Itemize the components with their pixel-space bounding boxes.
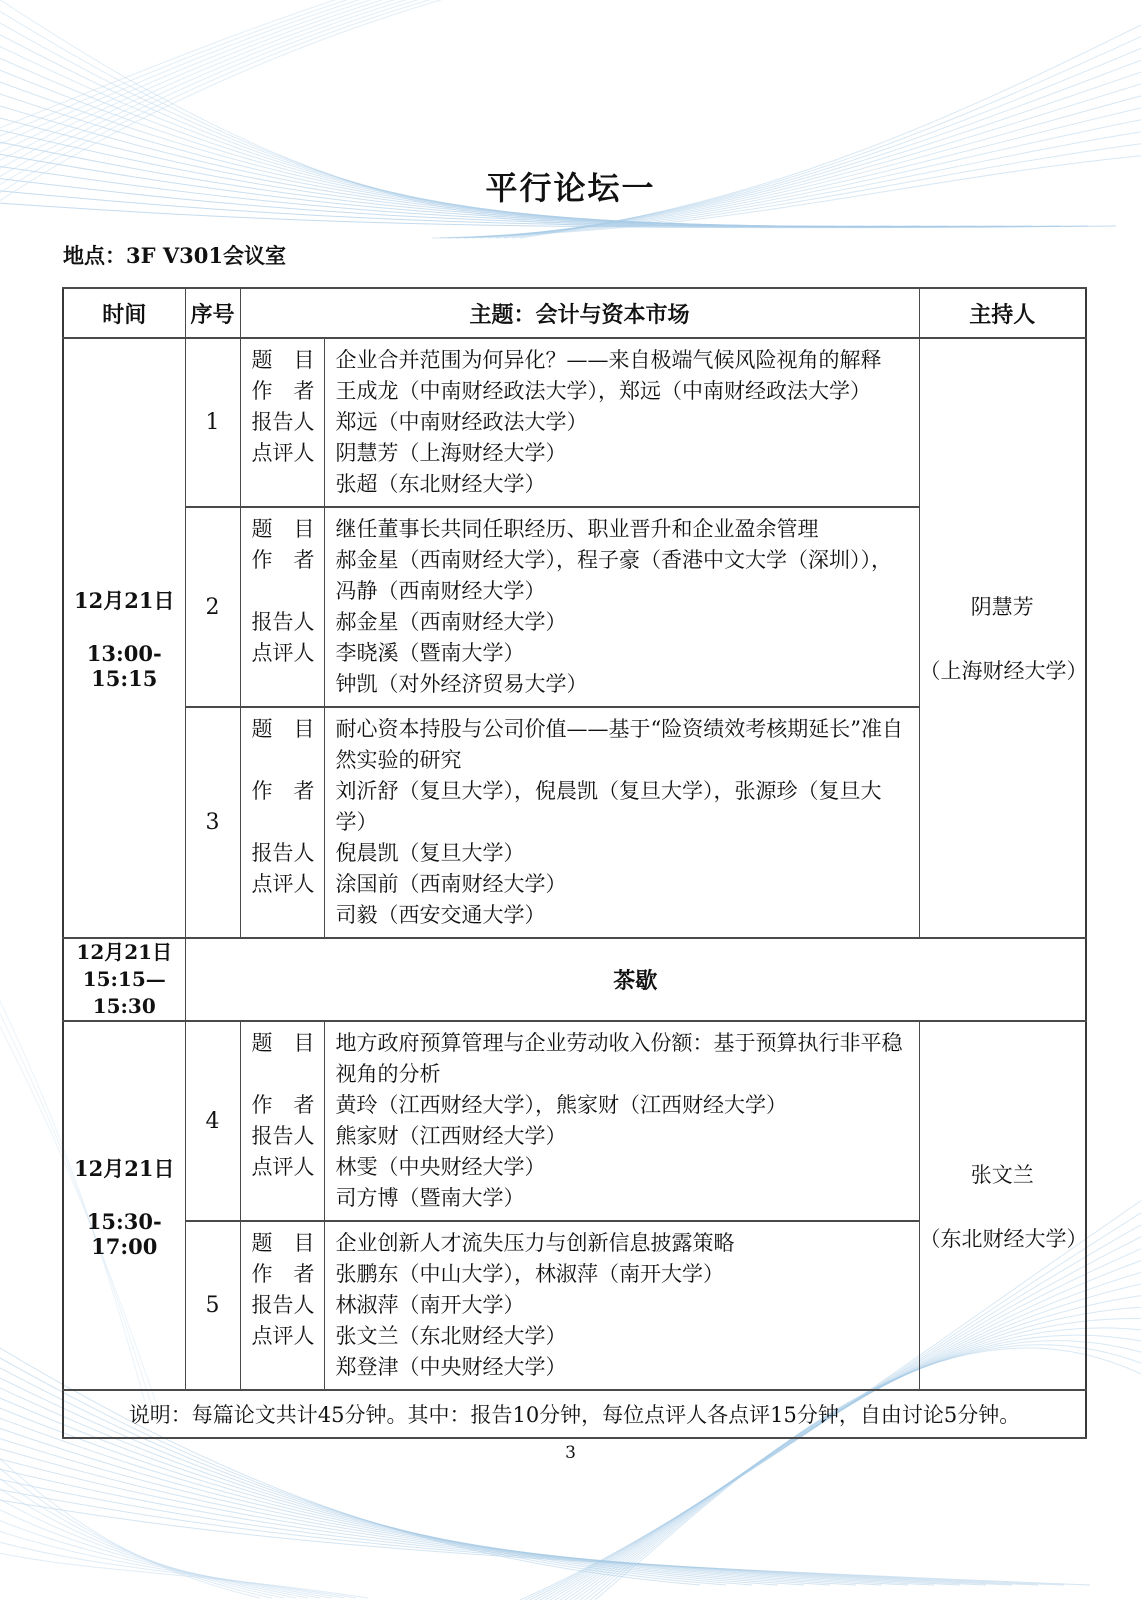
paper-field-row: 报告人 郑远（中南财经政法大学） xyxy=(241,407,919,438)
field-value: 李晓溪（暨南大学） xyxy=(324,638,919,669)
paper-field-row: 钟凯（对外经济贸易大学） xyxy=(241,669,919,700)
paper-cell: 题 目 企业合并范围为何异化？——来自极端气候风险视角的解释 作 者 王成龙（中… xyxy=(240,338,919,507)
host-name: 张文兰 xyxy=(920,1159,1086,1189)
paper-cell: 题 目 继任董事长共同任职经历、职业晋升和企业盈余管理 作 者 郝金星（西南财经… xyxy=(240,507,919,707)
field-value: 地方政府预算管理与企业劳动收入份额：基于预算执行非平稳视角的分析 xyxy=(324,1028,919,1090)
paper-field-row: 点评人 涂国前（西南财经大学） xyxy=(241,869,919,900)
header-no: 序号 xyxy=(185,288,240,338)
paper-field-row: 题 目 地方政府预算管理与企业劳动收入份额：基于预算执行非平稳视角的分析 xyxy=(241,1028,919,1090)
field-value: 王成龙（中南财经政法大学），郑远（中南财经政法大学） xyxy=(324,376,919,407)
field-value: 涂国前（西南财经大学） xyxy=(324,869,919,900)
field-label: 点评人 xyxy=(241,1321,324,1352)
field-value: 林淑萍（南开大学） xyxy=(324,1290,919,1321)
field-value: 企业合并范围为何异化？——来自极端气候风险视角的解释 xyxy=(324,345,919,376)
paper-field-row: 张超（东北财经大学） xyxy=(241,469,919,500)
field-value: 司方博（暨南大学） xyxy=(324,1183,919,1214)
page-title: 平行论坛一 xyxy=(0,163,1141,209)
field-value: 张文兰（东北财经大学） xyxy=(324,1321,919,1352)
session-number: 3 xyxy=(185,707,240,938)
field-value: 林雯（中央财经大学） xyxy=(324,1152,919,1183)
field-label: 报告人 xyxy=(241,407,324,438)
paper-cell: 题 目 企业创新人才流失压力与创新信息披露策略 作 者 张鹏东（中山大学），林淑… xyxy=(240,1221,919,1390)
session-number: 4 xyxy=(185,1021,240,1221)
field-label: 报告人 xyxy=(241,1121,324,1152)
session-number: 5 xyxy=(185,1221,240,1390)
field-value: 司毅（西安交通大学） xyxy=(324,900,919,931)
header-host: 主持人 xyxy=(919,288,1086,338)
field-label: 作 者 xyxy=(241,376,324,407)
field-value: 阴慧芳（上海财经大学） xyxy=(324,438,919,469)
location-label: 地点：3F V301会议室 xyxy=(63,240,286,270)
paper-field-row: 题 目 继任董事长共同任职经历、职业晋升和企业盈余管理 xyxy=(241,514,919,545)
field-label: 作 者 xyxy=(241,545,324,607)
paper-field-row: 点评人 阴慧芳（上海财经大学） xyxy=(241,438,919,469)
paper-field-row: 报告人 倪晨凯（复旦大学） xyxy=(241,838,919,869)
field-label: 题 目 xyxy=(241,345,324,376)
paper-field-row: 郑登津（中央财经大学） xyxy=(241,1352,919,1383)
label-divider xyxy=(324,706,325,939)
session-number: 2 xyxy=(185,507,240,707)
page-number: 3 xyxy=(0,1443,1141,1463)
field-value: 倪晨凯（复旦大学） xyxy=(324,838,919,869)
paper-field-row: 作 者 张鹏东（中山大学），林淑萍（南开大学） xyxy=(241,1259,919,1290)
paper-field-row: 题 目 企业合并范围为何异化？——来自极端气候风险视角的解释 xyxy=(241,345,919,376)
field-value: 继任董事长共同任职经历、职业晋升和企业盈余管理 xyxy=(324,514,919,545)
paper-field-row: 点评人 张文兰（东北财经大学） xyxy=(241,1321,919,1352)
session-row: 12月21日 15:30-17:00 4 题 目 地方政府预算管理与企业劳动收入… xyxy=(63,1021,1086,1221)
time-range: 13:00-15:15 xyxy=(64,641,185,691)
paper-field-row: 报告人 郝金星（西南财经大学） xyxy=(241,607,919,638)
header-theme: 主题：会计与资本市场 xyxy=(240,288,919,338)
paper-field-row: 点评人 李晓溪（暨南大学） xyxy=(241,638,919,669)
host-cell-block1: 阴慧芳 （上海财经大学） xyxy=(919,338,1086,938)
field-value: 郑登津（中央财经大学） xyxy=(324,1352,919,1383)
tea-break-label: 茶歇 xyxy=(185,938,1086,1021)
tea-break-row: 12月21日 15:15—15:30 茶歇 xyxy=(63,938,1086,1021)
field-label: 点评人 xyxy=(241,638,324,669)
time-cell-block1: 12月21日 13:00-15:15 xyxy=(63,338,185,938)
field-value: 刘沂舒（复旦大学），倪晨凯（复旦大学），张源珍（复旦大学） xyxy=(324,776,919,838)
header-row: 时间 序号 主题：会计与资本市场 主持人 xyxy=(63,288,1086,338)
host-cell-block2: 张文兰 （东北财经大学） xyxy=(919,1021,1086,1390)
field-value: 耐心资本持股与公司价值——基于“险资绩效考核期延长”准自然实验的研究 xyxy=(324,714,919,776)
field-value: 郝金星（西南财经大学），程子豪（香港中文大学（深圳）），冯静（西南财经大学） xyxy=(324,545,919,607)
field-label xyxy=(241,669,324,700)
field-label: 作 者 xyxy=(241,1259,324,1290)
paper-field-row: 作 者 王成龙（中南财经政法大学），郑远（中南财经政法大学） xyxy=(241,376,919,407)
field-value: 黄玲（江西财经大学），熊家财（江西财经大学） xyxy=(324,1090,919,1121)
paper-field-row: 作 者 黄玲（江西财经大学），熊家财（江西财经大学） xyxy=(241,1090,919,1121)
field-label: 点评人 xyxy=(241,869,324,900)
field-label: 题 目 xyxy=(241,1028,324,1090)
note-row: 说明：每篇论文共计45分钟。其中：报告10分钟，每位点评人各点评15分钟，自由讨… xyxy=(63,1390,1086,1438)
paper-cell: 题 目 地方政府预算管理与企业劳动收入份额：基于预算执行非平稳视角的分析 作 者… xyxy=(240,1021,919,1221)
field-label: 点评人 xyxy=(241,1152,324,1183)
time-range: 15:30-17:00 xyxy=(64,1209,185,1259)
field-value: 钟凯（对外经济贸易大学） xyxy=(324,669,919,700)
field-label: 报告人 xyxy=(241,607,324,638)
session-row: 12月21日 13:00-15:15 1 题 目 企业合并范围为何异化？——来自… xyxy=(63,338,1086,507)
time-cell-block2: 12月21日 15:30-17:00 xyxy=(63,1021,185,1390)
paper-field-row: 司方博（暨南大学） xyxy=(241,1183,919,1214)
time-date: 12月21日 xyxy=(64,1153,185,1183)
field-label: 作 者 xyxy=(241,776,324,838)
paper-field-row: 作 者 郝金星（西南财经大学），程子豪（香港中文大学（深圳）），冯静（西南财经大… xyxy=(241,545,919,607)
field-label: 题 目 xyxy=(241,514,324,545)
field-value: 张鹏东（中山大学），林淑萍（南开大学） xyxy=(324,1259,919,1290)
field-label: 作 者 xyxy=(241,1090,324,1121)
field-label xyxy=(241,1352,324,1383)
field-label: 报告人 xyxy=(241,838,324,869)
field-label xyxy=(241,469,324,500)
time-date: 12月21日 xyxy=(64,585,185,615)
paper-field-row: 作 者 刘沂舒（复旦大学），倪晨凯（复旦大学），张源珍（复旦大学） xyxy=(241,776,919,838)
field-value: 郝金星（西南财经大学） xyxy=(324,607,919,638)
label-divider xyxy=(324,1020,325,1222)
paper-field-row: 题 目 耐心资本持股与公司价值——基于“险资绩效考核期延长”准自然实验的研究 xyxy=(241,714,919,776)
note-text: 说明：每篇论文共计45分钟。其中：报告10分钟，每位点评人各点评15分钟，自由讨… xyxy=(63,1390,1086,1438)
field-label: 题 目 xyxy=(241,1228,324,1259)
field-label: 题 目 xyxy=(241,714,324,776)
paper-field-row: 点评人 林雯（中央财经大学） xyxy=(241,1152,919,1183)
paper-field-row: 报告人 熊家财（江西财经大学） xyxy=(241,1121,919,1152)
host-affiliation: （东北财经大学） xyxy=(920,1223,1086,1253)
field-label xyxy=(241,1183,324,1214)
header-time: 时间 xyxy=(63,288,185,338)
label-divider xyxy=(324,1220,325,1391)
paper-field-row: 报告人 林淑萍（南开大学） xyxy=(241,1290,919,1321)
field-value: 郑远（中南财经政法大学） xyxy=(324,407,919,438)
paper-field-row: 题 目 企业创新人才流失压力与创新信息披露策略 xyxy=(241,1228,919,1259)
paper-field-row: 司毅（西安交通大学） xyxy=(241,900,919,931)
field-label: 点评人 xyxy=(241,438,324,469)
field-value: 张超（东北财经大学） xyxy=(324,469,919,500)
field-label: 报告人 xyxy=(241,1290,324,1321)
field-label xyxy=(241,900,324,931)
tea-break-date: 12月21日 xyxy=(64,939,185,966)
label-divider xyxy=(324,337,325,508)
tea-break-time: 12月21日 15:15—15:30 xyxy=(63,938,185,1021)
session-number: 1 xyxy=(185,338,240,507)
host-name: 阴慧芳 xyxy=(920,591,1086,621)
field-value: 企业创新人才流失压力与创新信息披露策略 xyxy=(324,1228,919,1259)
field-value: 熊家财（江西财经大学） xyxy=(324,1121,919,1152)
host-affiliation: （上海财经大学） xyxy=(920,655,1086,685)
paper-cell: 题 目 耐心资本持股与公司价值——基于“险资绩效考核期延长”准自然实验的研究 作… xyxy=(240,707,919,938)
label-divider xyxy=(324,506,325,708)
schedule-table: 时间 序号 主题：会计与资本市场 主持人 12月21日 13:00-15:15 … xyxy=(62,287,1087,1439)
tea-break-range: 15:15—15:30 xyxy=(64,966,185,1020)
